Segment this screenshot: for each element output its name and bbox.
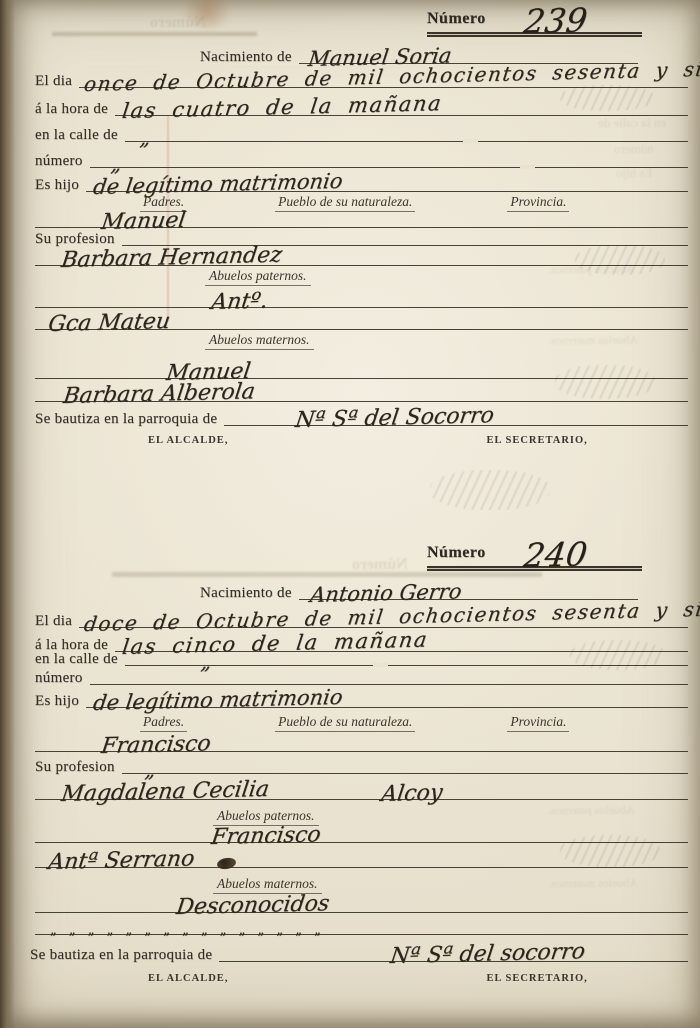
- madre-pueblo-handwritten: Alcoy: [380, 784, 444, 805]
- abuelo-materno-row: Desconocidos: [35, 884, 688, 913]
- dia-label: El dia: [35, 73, 79, 90]
- dia-row: El dia doce de Octubre de mil ochociento…: [35, 602, 688, 628]
- record-number-block: Número 239: [427, 10, 642, 37]
- numero-casa-row: número: [35, 664, 688, 685]
- es-hijo-row: Es hijo de legítimo matrimonio: [35, 683, 688, 708]
- line-gap: [463, 139, 478, 143]
- secretario-label: EL SECRETARIO,: [486, 435, 587, 446]
- ruled-line: Magdalena Cecilia Alcoy: [35, 799, 688, 800]
- numero-label: Número: [427, 10, 486, 27]
- numero-value-handwritten: 239: [522, 6, 589, 37]
- abuela-materna-ditto-row: „ „ „ „ „ „ „ „ „ „ „ „ „ „ „: [35, 918, 688, 935]
- abuela-paterna-row: Gca Mateu: [35, 304, 688, 330]
- bleed-through-stroke: [430, 470, 550, 510]
- abuelo-materno-handwritten: Desconocidos: [175, 894, 331, 918]
- numero-casa-row: número „: [35, 144, 688, 168]
- abuelo-paterno-row: Francisco: [35, 814, 688, 843]
- record-number-block: Número 240: [427, 544, 642, 571]
- calle-row: en la calle de „: [35, 644, 688, 666]
- ruled-line: Desconocidos: [35, 912, 688, 913]
- numero-value-handwritten: 240: [522, 540, 589, 571]
- birth-record-240: Número 240 Nacimiento de Antonio Gerro E…: [0, 540, 700, 992]
- hora-row: á la hora de las cuatro de la mañana: [35, 92, 688, 116]
- bautiza-row: Se bautiza en la parroquia de Nª Sª del …: [35, 402, 688, 426]
- parroquia-handwritten: Nª Sª del socorro: [389, 942, 586, 967]
- dia-row: El dia once de Octubre de mil ochociento…: [35, 64, 688, 88]
- alcalde-label: EL ALCALDE,: [148, 435, 228, 446]
- parroquia-handwritten: Nª Sª del Socorro: [294, 406, 495, 431]
- abuela-materna-row: Barbara Alberola: [35, 374, 688, 402]
- calle-row: en la calle de „: [35, 118, 688, 142]
- nacimiento-row: Nacimiento de Antonio Gerro: [200, 574, 638, 600]
- abuela-paterna-handwritten: Antª Serrano: [47, 850, 196, 873]
- ruled-line: Nª Sª del Socorro: [224, 425, 688, 426]
- calle-label: en la calle de: [35, 127, 125, 144]
- numero-label: Número: [427, 544, 486, 561]
- abuelos-maternos-header-row: Abuelos maternos.: [35, 328, 688, 350]
- secretario-label: EL SECRETARIO,: [486, 973, 587, 984]
- ruled-line: „ „ „ „ „ „ „ „ „ „ „ „ „ „ „: [35, 934, 688, 935]
- ruled-line: Antª Serrano: [35, 867, 688, 868]
- ruled-line: „: [125, 141, 688, 142]
- signature-row: EL ALCALDE, EL SECRETARIO,: [35, 430, 688, 446]
- hora-handwritten: las cuatro de la mañana: [121, 94, 444, 121]
- alcalde-label: EL ALCALDE,: [148, 973, 228, 984]
- nacimiento-label: Nacimiento de: [200, 585, 299, 602]
- bautiza-row: Se bautiza en la parroquia de Nª Sª del …: [30, 938, 688, 962]
- ruled-line: las cuatro de la mañana: [115, 115, 688, 116]
- hora-label: á la hora de: [35, 101, 115, 118]
- signature-row: EL ALCALDE, EL SECRETARIO,: [35, 968, 688, 984]
- ruled-line: de legítimo matrimonio: [86, 707, 688, 708]
- madre-row: Barbara Hernandez: [35, 236, 688, 266]
- abuela-materna-handwritten: „ „ „ „ „ „ „ „ „ „ „ „ „ „ „: [50, 925, 325, 937]
- dia-handwritten: once de Octubre de mil ochocientos sesen…: [83, 59, 700, 93]
- birth-record-239: Número 239 Nacimiento de Manuel Soria El…: [0, 8, 700, 460]
- ruled-line: Nª Sª del socorro: [219, 961, 688, 962]
- bautiza-label: Se bautiza en la parroquia de: [35, 411, 224, 428]
- madre-handwritten: Magdalena Cecilia: [60, 780, 270, 805]
- padre-row: Francisco: [35, 722, 688, 752]
- ink-blot: [216, 856, 237, 870]
- abuela-paterna-row: Antª Serrano: [35, 840, 688, 868]
- madre-row: Magdalena Cecilia Alcoy: [35, 770, 688, 800]
- es-hijo-label: Es hijo: [35, 693, 86, 710]
- register-page: Número en la calle de número Es hijo Abu…: [0, 0, 700, 1028]
- bautiza-label: Se bautiza en la parroquia de: [30, 947, 219, 964]
- es-hijo-row: Es hijo de legítimo matrimonio: [35, 166, 688, 192]
- abuelos-maternos-label: Abuelos maternos.: [205, 332, 314, 350]
- ruled-line: once de Octubre de mil ochocientos sesen…: [79, 87, 688, 88]
